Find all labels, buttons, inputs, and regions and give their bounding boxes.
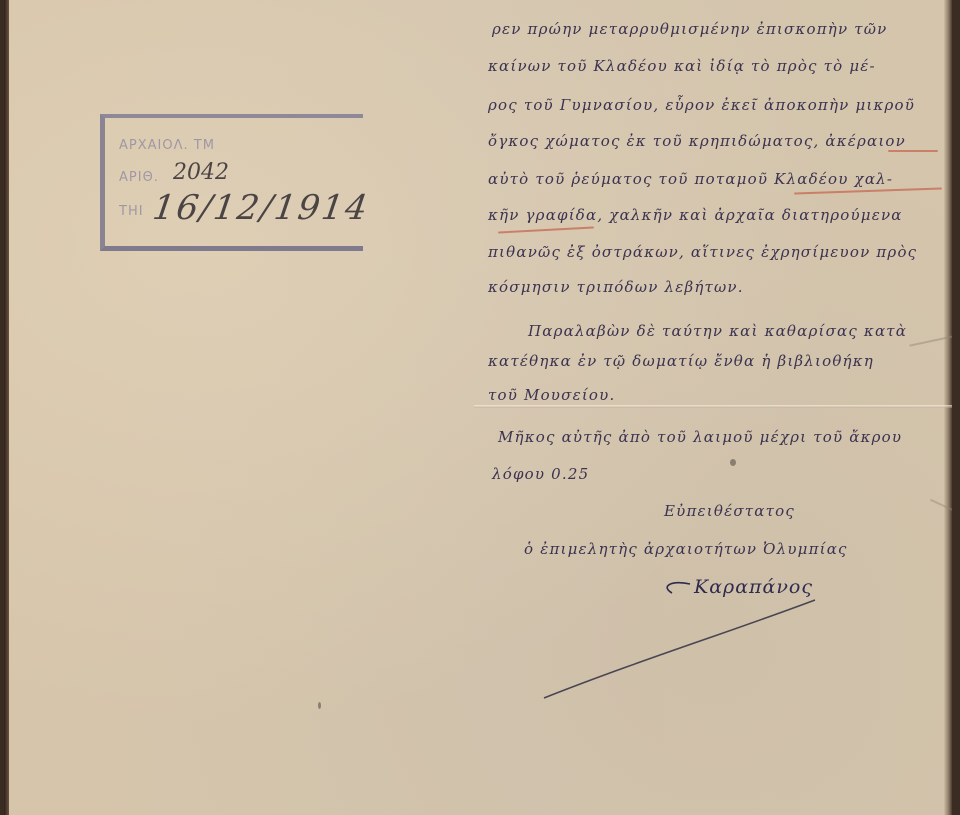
body-line: κῆν γραφίδα, χαλκῆν καὶ ἀρχαῖα διατηρούμ… xyxy=(488,206,903,224)
signature: Καραπάνος xyxy=(694,576,813,598)
scan-left-edge xyxy=(4,0,9,815)
red-underline xyxy=(888,150,938,152)
stamp-number-label: ΑΡΙΘ. xyxy=(119,170,159,185)
body-line: ὄγκος χώματος ἐκ τοῦ κρηπιδώματος, ἀκέρα… xyxy=(488,132,906,150)
body-line: Παραλαβὼν δὲ ταύτην καὶ καθαρίσας κατὰ xyxy=(528,322,907,340)
ink-spot xyxy=(730,459,736,466)
stamp-date-label: ΤΗΙ xyxy=(119,204,144,219)
body-line: ρος τοῦ Γυμνασίου, εὗρον ἐκεῖ ἀποκοπὴν μ… xyxy=(488,96,915,114)
body-line: λόφου 0.25 xyxy=(492,465,589,483)
ink-spot xyxy=(318,702,321,709)
document-page: ΑΡΧΑΙΟΛ. ΤΜ ΑΡΙΘ. 2042 ΤΗΙ 16/12/1914 ρε… xyxy=(4,0,952,815)
body-line: αὐτὸ τοῦ ῥεύματος τοῦ ποταμοῦ Κλαδέου χα… xyxy=(488,170,893,188)
body-line: κατέθηκα ἐν τῷ δωματίῳ ἔνθα ἡ βιβλιοθήκη xyxy=(488,352,874,370)
body-line: κόσμησιν τριπόδων λεβήτων. xyxy=(488,278,744,296)
stamp-department-label: ΑΡΧΑΙΟΛ. ΤΜ xyxy=(119,138,215,153)
closing-salutation: Εὐπειθέστατος xyxy=(664,502,795,520)
registry-stamp: ΑΡΧΑΙΟΛ. ΤΜ ΑΡΙΘ. 2042 ΤΗΙ 16/12/1914 xyxy=(100,114,363,251)
stamp-number-value: 2042 xyxy=(173,160,229,185)
body-line: πιθανῶς ἐξ ὀστράκων, αἵτινες ἐχρησίμευον… xyxy=(488,243,917,261)
closing-title: ὁ ἐπιμελητὴς ἀρχαιοτήτων Ὀλυμπίας xyxy=(524,540,848,558)
body-line: καίνων τοῦ Κλαδέου καὶ ἰδίᾳ τὸ πρὸς τὸ μ… xyxy=(488,57,876,75)
paper-fold-line xyxy=(474,405,952,408)
red-underline xyxy=(794,187,942,194)
body-line: τοῦ Μουσείου. xyxy=(488,386,615,404)
body-line: ρεν πρώην μεταρρυθμισμένην ἐπισκοπὴν τῶν xyxy=(492,20,887,38)
red-underline xyxy=(498,226,594,233)
body-line: Μῆκος αὐτῆς ἀπὸ τοῦ λαιμοῦ μέχρι τοῦ ἄκρ… xyxy=(498,428,902,446)
stamp-date-value: 16/12/1914 xyxy=(150,188,372,228)
